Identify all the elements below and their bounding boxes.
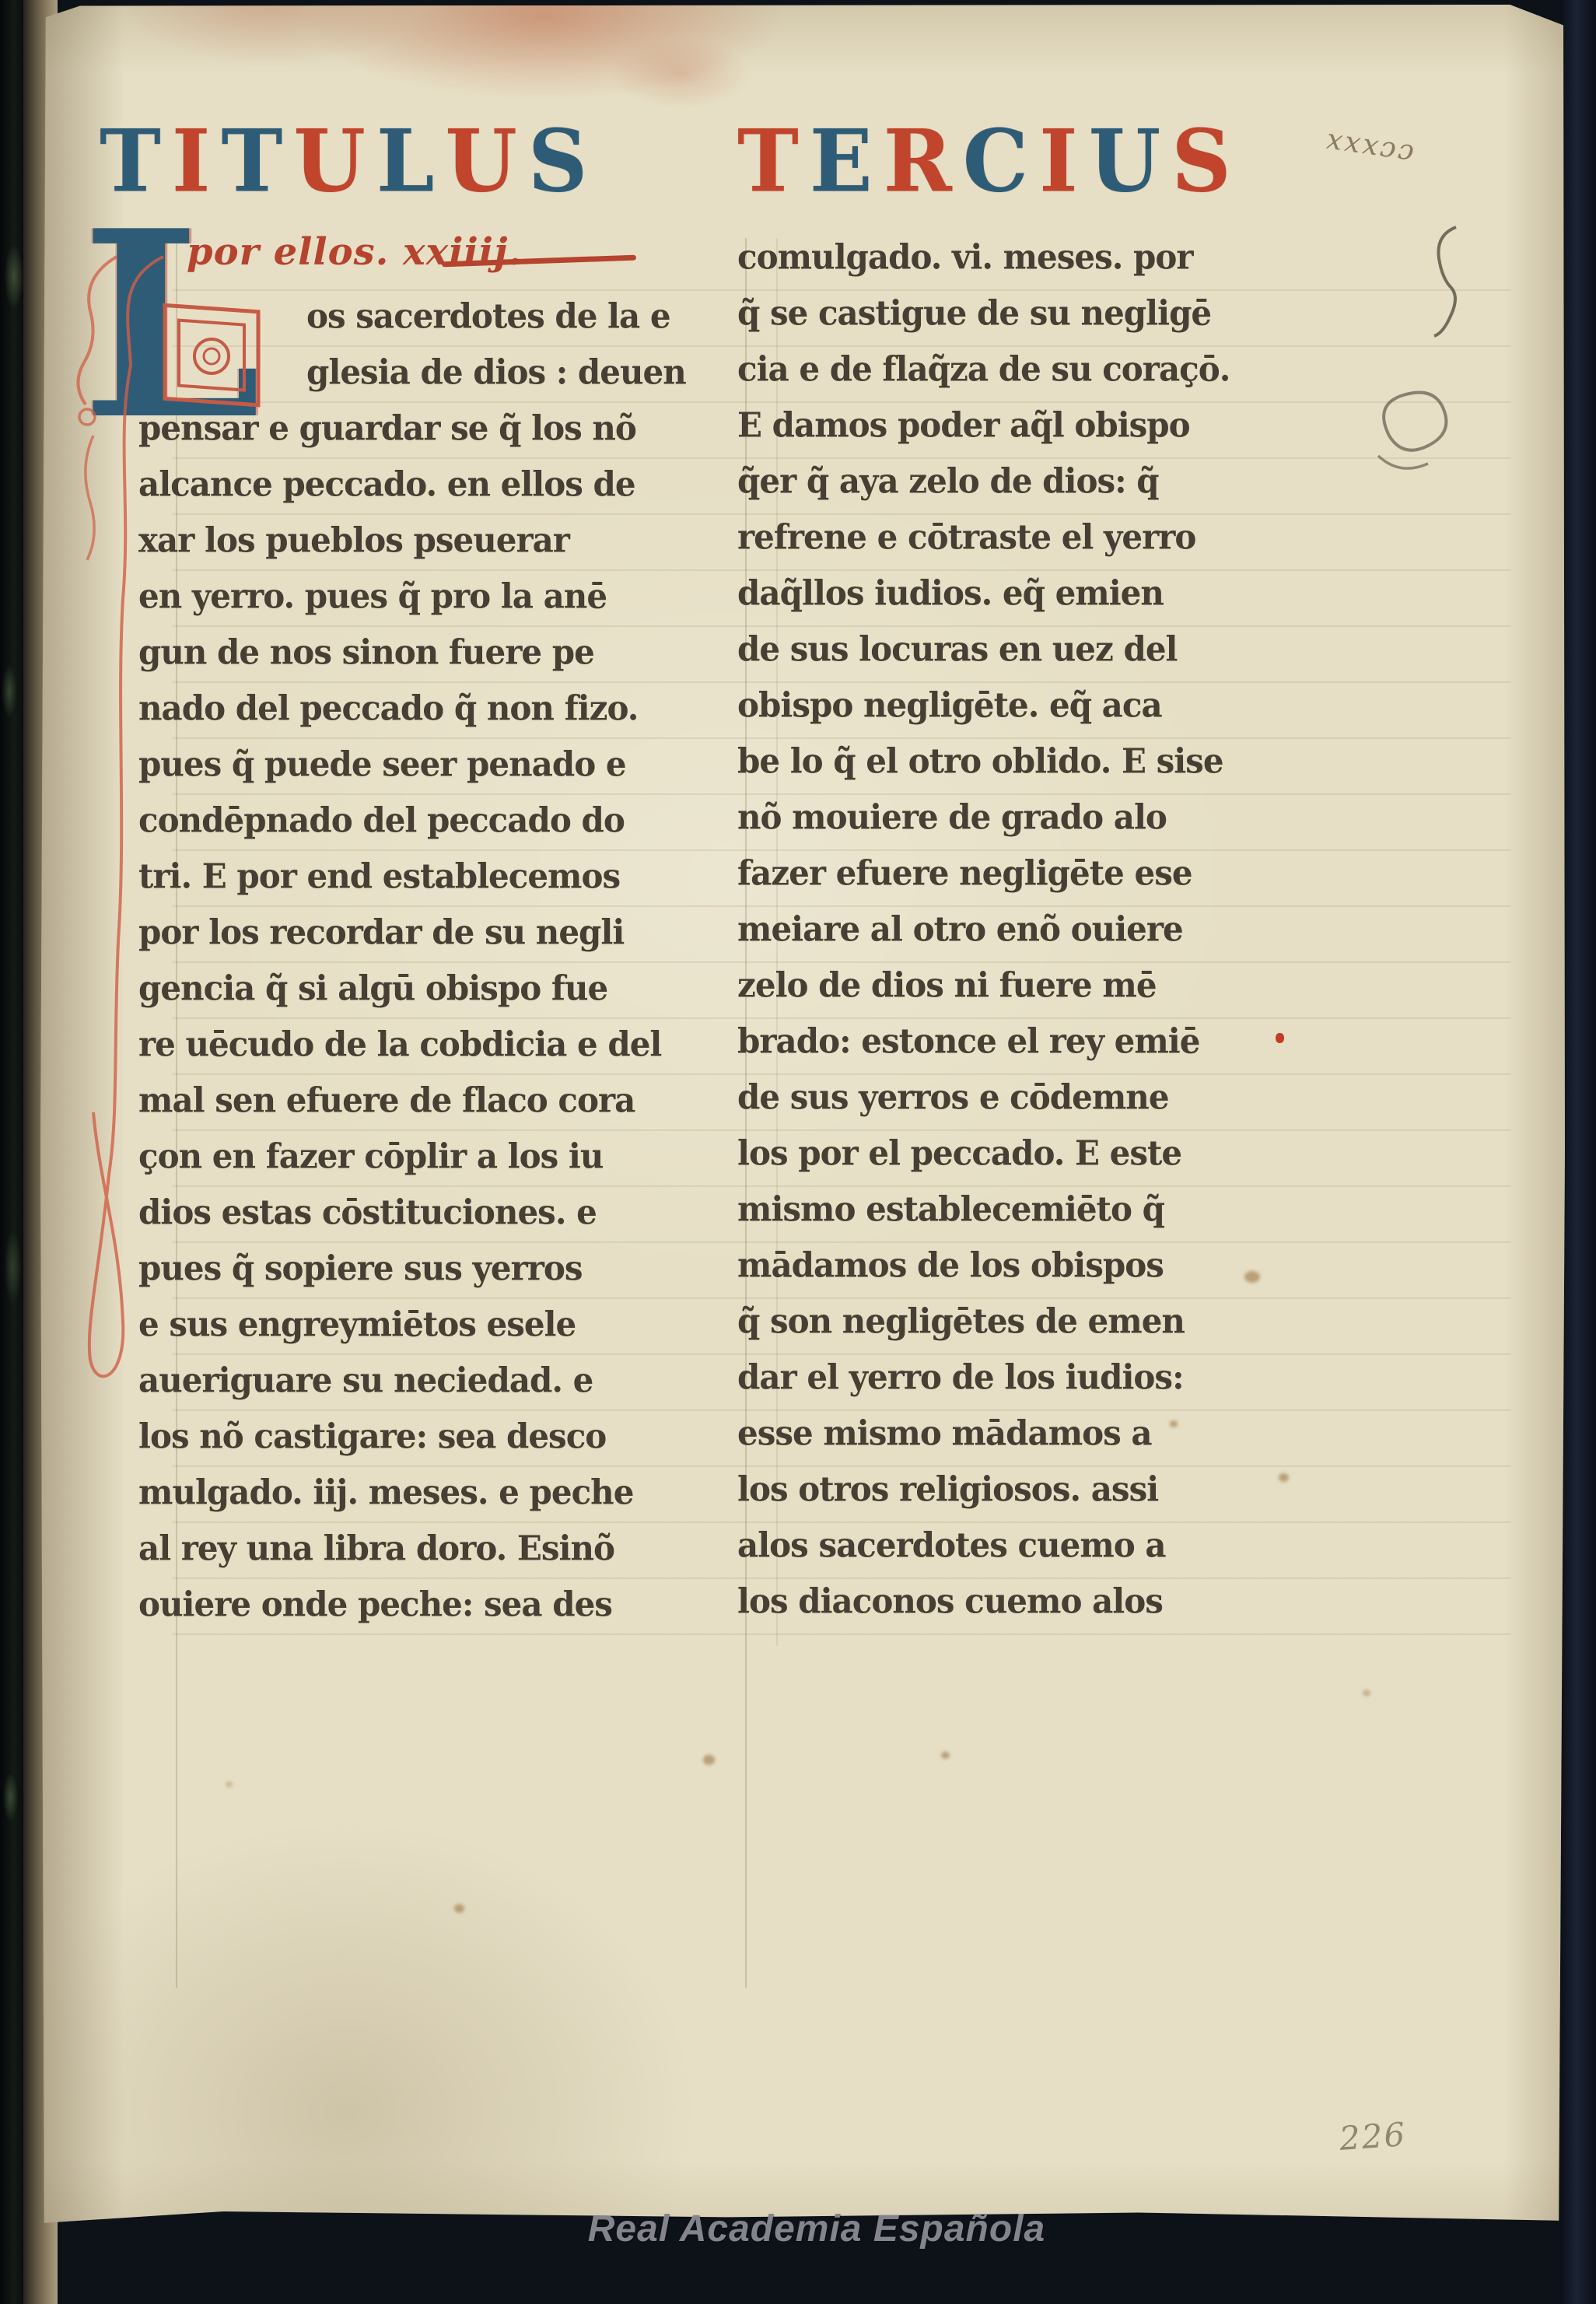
margin-pen-marks: [0, 0, 1596, 2304]
folio-number: 226: [1338, 2115, 1407, 2158]
library-watermark: Real Academia Española: [544, 2208, 1089, 2250]
red-paragraph-mark: [1276, 1033, 1284, 1043]
manuscript-photo: TITULUS TERCIUS por ellos. xxiiij. L os …: [0, 0, 1596, 2304]
